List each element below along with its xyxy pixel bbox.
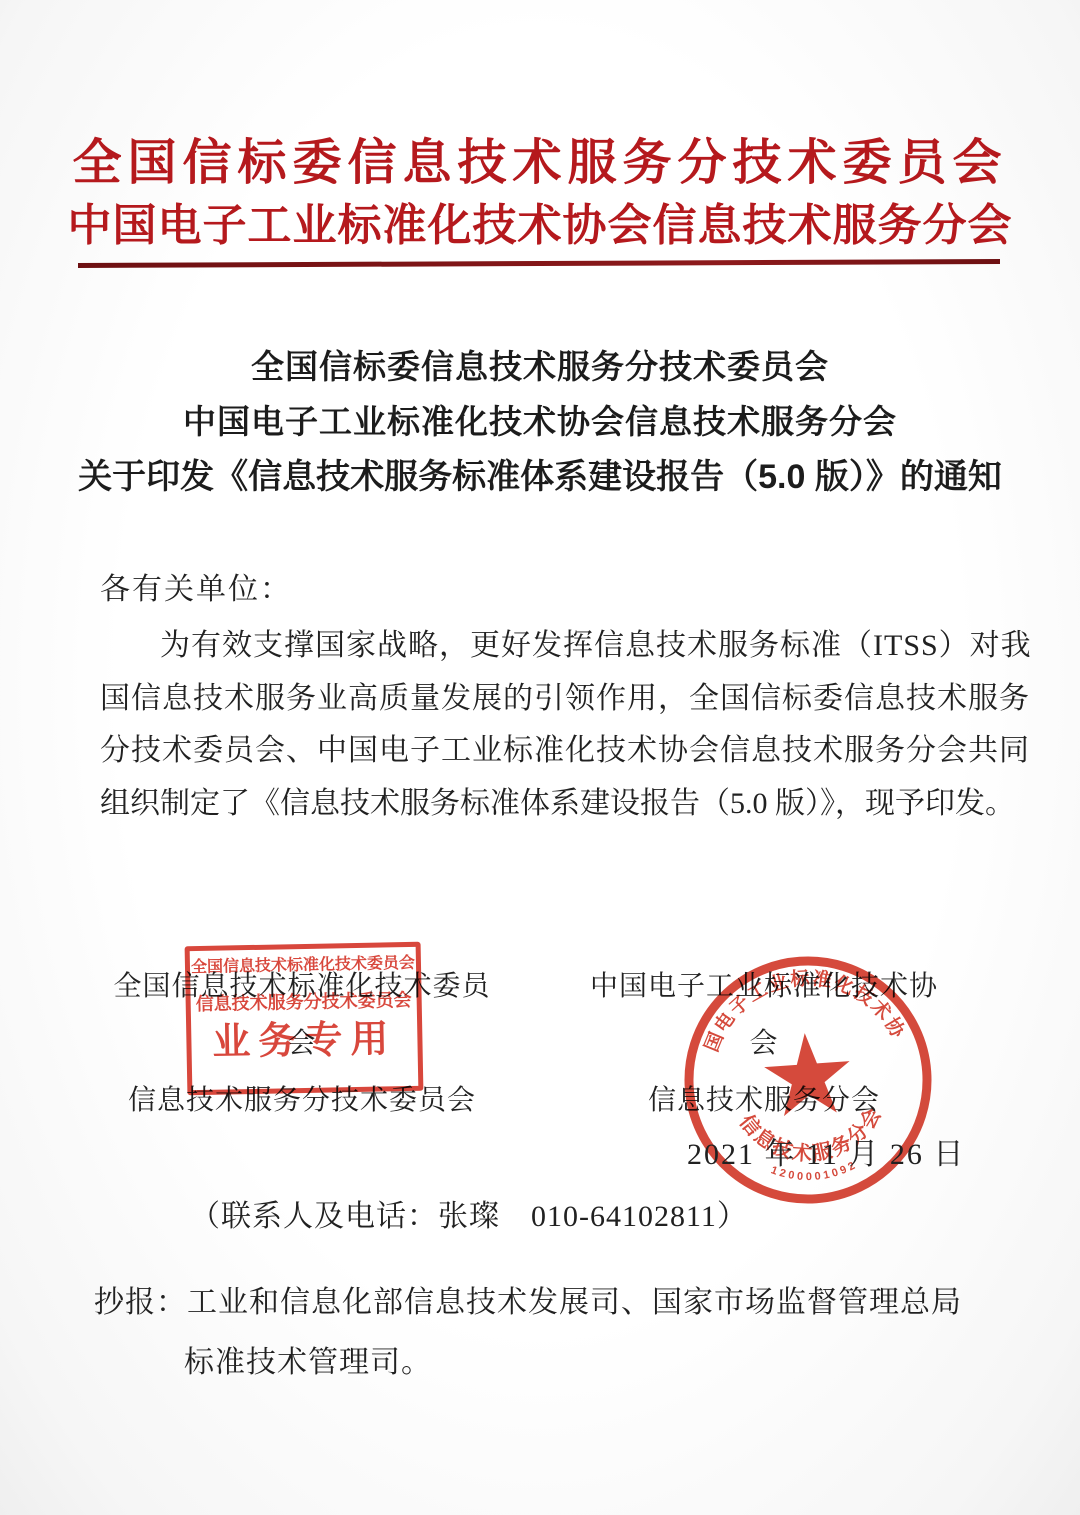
cc-line1: 抄报：工业和信息化部信息技术发展司、国家市场监督管理总局 (94, 1284, 962, 1322)
salutation: 各有关单位： (100, 572, 292, 608)
body-paragraph-line-2: 国信息技术服务业高质量发展的引领作用，全国信标委信息技术服务 (100, 681, 1000, 717)
rect-stamp-line1: 全国信息技术标准化技术委员会 (191, 954, 415, 978)
round-seal: 中国电子工业标准化技术协会 信息技术服务分会 1200001092 (667, 939, 949, 1221)
rect-stamp-line3: 业务专用 (212, 1017, 397, 1065)
letterhead-rule (78, 259, 1000, 268)
body-paragraph-line-1: 为有效支撑国家战略，更好发挥信息技术服务标准（ITSS）对我 (100, 628, 1000, 664)
svg-text:中国电子工业标准化技术协会: 中国电子工业标准化技术协会 (667, 939, 911, 1059)
letterhead-line2: 中国电子工业标准化技术协会信息技术服务分会 (0, 199, 1080, 253)
rect-stamp-line2: 信息技术服务分技术委员会 (195, 989, 411, 1015)
notice-title-line3: 关于印发《信息技术服务标准体系建设报告（5.0 版）》的通知 (0, 456, 1080, 498)
document-page: 全国信标委信息技术服务分技术委员会 中国电子工业标准化技术协会信息技术服务分会 … (0, 0, 1080, 1515)
body-paragraph-line-4: 组织制定了《信息技术服务标准体系建设报告（5.0 版）》，现予印发。 (100, 786, 1000, 822)
contact-line: （联系人及电话：张璨 010-64102811） (190, 1198, 748, 1236)
letterhead-line1: 全国信标委信息技术服务分技术委员会 (0, 133, 1080, 193)
body-paragraph-line-3: 分技术委员会、中国电子工业标准化技术协会信息技术服务分会共同 (100, 733, 1000, 769)
seal-arc-top-text: 中国电子工业标准化技术协会 (667, 939, 911, 1059)
notice-title-line2: 中国电子工业标准化技术协会信息技术服务分会 (0, 401, 1080, 443)
notice-title-line1: 全国信标委信息技术服务分技术委员会 (0, 346, 1080, 388)
date-line: 2021 年 11 月 26 日 (687, 1136, 965, 1174)
star-icon (762, 1030, 853, 1117)
rect-stamp: 全国信息技术标准化技术委员会 信息技术服务分技术委员会 业务专用 (185, 942, 424, 1096)
cc-line2: 标准技术管理司。 (184, 1344, 432, 1382)
